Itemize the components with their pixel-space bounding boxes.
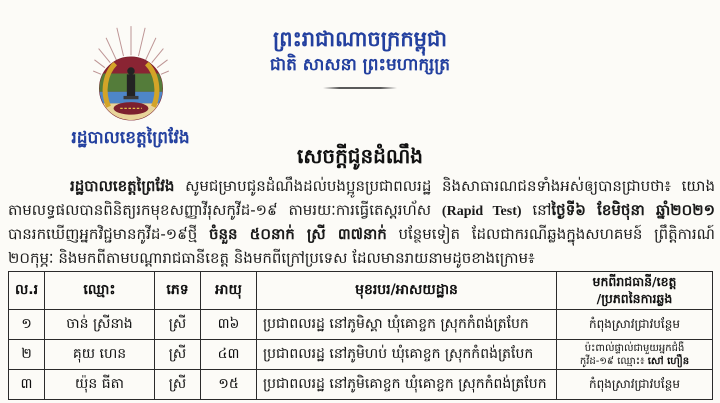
cell-age: ៣៦ [201,310,257,340]
cell-source: ប៉ះពាល់ផ្ទាល់ជាមួយអ្នកជំងឺ កូវីដ-១៩ ឈ្មោ… [557,340,713,370]
rapid-test-label: (Rapid Test) [442,204,522,219]
cell-occupation: ប្រជាពលរដ្ឋ នៅភូមិគោខ្ចក ឃុំគោខ្ចក ស្រុក… [257,370,557,400]
col-header-source-line2: /ប្រភពនៃការឆ្លង [559,291,710,307]
cell-no: ៣ [9,370,45,400]
col-header-name: ឈ្មោះ [45,272,155,310]
cell-age: ៤៣ [201,340,257,370]
case-count-bold: ចំនួន ៥០នាក់ ស្រី ៣៧នាក់ [209,225,387,243]
cases-table: ល.រ ឈ្មោះ ភេទ អាយុ មុខរបរ/អាសយដ្ឋាន មកពី… [8,271,713,400]
cell-occupation: ប្រជាពលរដ្ឋ នៅភូមិស្គា ឃុំគោខ្ចក ស្រុកកំ… [257,310,557,340]
table-row: ៣ យ៉ុន ធីតា ស្រី ១៥ ប្រជាពលរដ្ឋ នៅភូមិគោ… [9,370,713,400]
cases-table-wrapper: ល.រ ឈ្មោះ ភេទ អាយុ មុខរបរ/អាសយដ្ឋាន មកពី… [8,271,713,400]
intro-bold: រដ្ឋបាលខេត្តព្រៃវែង [70,177,174,195]
cell-name: គុយ ហេន [45,340,155,370]
cell-no: ២ [9,340,45,370]
date-bold: ថ្ងៃទី៦ ខែមិថុនា ឆ្នាំ២០២១ [551,201,715,219]
cell-name: យ៉ុន ធីតា [45,370,155,400]
table-row: ១ ចាន់ ស្រីនាង ស្រី ៣៦ ប្រជាពលរដ្ឋ នៅភូម… [9,310,713,340]
paragraph-part3: បានរកឃើញអ្នកវិជ្ជមានកូវីដ-១៩ថ្មី [8,225,209,243]
announcement-paragraph: រដ្ឋបាលខេត្តព្រៃវែង សូមជម្រាបជូនដំណឹងដល់… [8,175,715,270]
col-header-gender: ភេទ [155,272,201,310]
provincial-seal-icon [85,22,177,125]
cell-occupation: ប្រជាពលរដ្ឋ នៅភូមិហប់ ឃុំគោខ្ចក ស្រុកកំព… [257,340,557,370]
cell-age: ១៥ [201,370,257,400]
table-row: ២ គុយ ហេន ស្រី ៤៣ ប្រជាពលរដ្ឋ នៅភូមិហប់ … [9,340,713,370]
cell-source: កំពុងស្រាវជ្រាវបន្ថែម [557,370,713,400]
paragraph-part2: នៅ [522,201,552,219]
cell-name: ចាន់ ស្រីនាង [45,310,155,340]
contact-name-bold: សៅ ហឿន [648,356,689,367]
col-header-source-line1: មកពីរាជធានី/ខេត្ត [559,274,710,290]
page-title: សេចក្តីជូនដំណឹង [0,143,720,173]
motto-divider [323,87,397,89]
table-header-row: ល.រ ឈ្មោះ ភេទ អាយុ មុខរបរ/អាសយដ្ឋាន មកពី… [9,272,713,310]
cell-gender: ស្រី [155,370,201,400]
source-line2: កូវីដ-១៩ ឈ្មោះ៖ សៅ ហឿន [559,355,710,368]
col-header-occupation: មុខរបរ/អាសយដ្ឋាន [257,272,557,310]
col-header-age: អាយុ [201,272,257,310]
col-header-no: ល.រ [9,272,45,310]
source-line1: ប៉ះពាល់ផ្ទាល់ជាមួយអ្នកជំងឺ [559,342,710,355]
cell-gender: ស្រី [155,340,201,370]
document-page: ព្រះរាជាណាចក្រកម្ពុជា ជាតិ សាសនា ព្រះមហា… [0,0,720,403]
col-header-source: មកពីរាជធានី/ខេត្ត /ប្រភពនៃការឆ្លង [557,272,713,310]
cell-source: កំពុងស្រាវជ្រាវបន្ថែម [557,310,713,340]
cell-no: ១ [9,310,45,340]
logo-block: រដ្ឋបាលខេត្តព្រៃវែង [28,22,233,152]
cell-gender: ស្រី [155,310,201,340]
